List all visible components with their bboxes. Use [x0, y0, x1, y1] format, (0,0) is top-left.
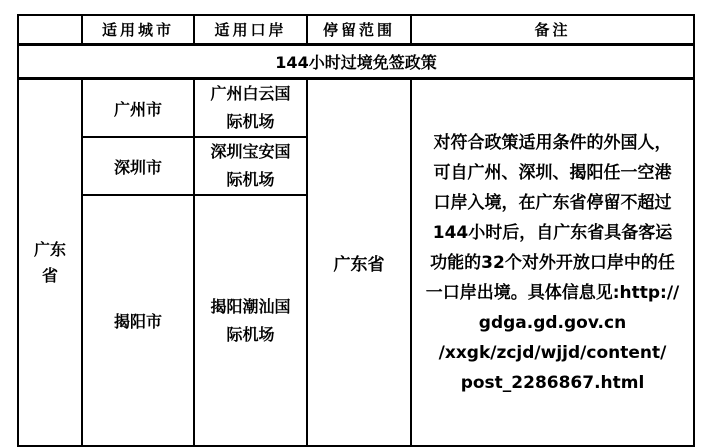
header-remarks: 备注 [411, 15, 694, 45]
remark-line-url: /xxgk/zcjd/wjjd/content/ [412, 338, 693, 368]
port-cell-shenzhen-baoan-airport: 深圳宝安国 际机场 [194, 137, 307, 195]
province-cell: 广东 省 [18, 79, 82, 447]
stay-scope-cell: 广东省 [307, 79, 411, 447]
policy-title-row: 144小时过境免签政策 [18, 45, 694, 79]
page: 适用城市 适用口岸 停留范围 备注 144小时过境免签政策 广东 省 广州市 广… [17, 14, 695, 447]
remark-line: 对符合政策适用条件的外国人， [412, 128, 693, 158]
remark-line: 功能的32个对外开放口岸中的任 [412, 248, 693, 278]
remark-line: 144小时后，自广东省具备客运 [412, 218, 693, 248]
city-cell-guangzhou: 广州市 [82, 79, 194, 138]
remark-line: 一口岸出境。具体信息见:http:// [412, 278, 693, 308]
header-stay-scope: 停留范围 [307, 15, 411, 45]
remarks-cell: 对符合政策适用条件的外国人， 可自广州、深圳、揭阳任一空港 口岸入境，在广东省停… [411, 79, 694, 447]
table-row-guangzhou: 广东 省 广州市 广州白云国 际机场 广东省 对符合政策适用条件的外国人， 可自… [18, 79, 694, 138]
header-empty-cell [18, 15, 82, 45]
remark-line-url: post_2286867.html [412, 368, 693, 398]
port-cell-guangzhou-baiyun-airport: 广州白云国 际机场 [194, 79, 307, 138]
policy-title: 144小时过境免签政策 [18, 45, 694, 79]
remark-line: 口岸入境，在广东省停留不超过 [412, 188, 693, 218]
remark-line: 可自广州、深圳、揭阳任一空港 [412, 158, 693, 188]
city-cell-shenzhen: 深圳市 [82, 137, 194, 195]
city-cell-jieyang: 揭阳市 [82, 195, 194, 446]
header-applicable-ports: 适用口岸 [194, 15, 307, 45]
remark-line-url: gdga.gd.gov.cn [412, 308, 693, 338]
table-header-row: 适用城市 适用口岸 停留范围 备注 [18, 15, 694, 45]
transit-policy-table: 适用城市 适用口岸 停留范围 备注 144小时过境免签政策 广东 省 广州市 广… [17, 14, 695, 447]
port-cell-jieyang-chaoshan-airport: 揭阳潮汕国 际机场 [194, 195, 307, 446]
header-applicable-cities: 适用城市 [82, 15, 194, 45]
